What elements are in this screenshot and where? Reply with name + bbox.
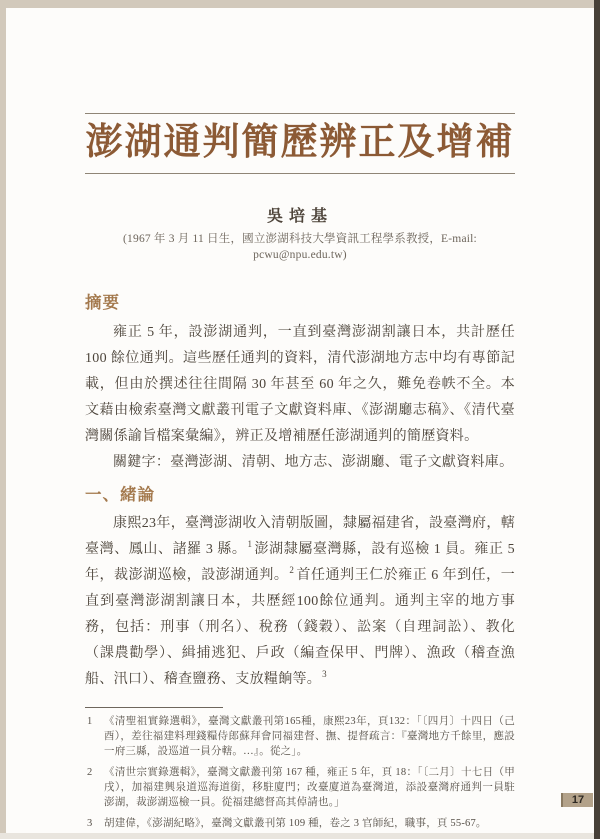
page-number-tab: 17 [561,793,593,807]
footnote-number: 2 [87,765,92,780]
author-affiliation: (1967 年 3 月 11 日生，國立澎湖科技大學資訊工程學系教授，E-mai… [85,231,515,263]
section-1-heading: 一、緒論 [85,485,515,505]
abstract-body: 雍正 5 年，設澎湖通判，一直到臺灣澎湖割讓日本，共計歷任 100 餘位通判。這… [85,320,515,450]
article-title: 澎湖通判簡歷辨正及增補 [85,120,515,166]
scan-edge-bottom [0,833,594,839]
footnote-separator [85,707,223,708]
footnote-text: 《清世宗實錄選輯》，臺灣文獻叢刊第 167 種，雍正 5 年，頁 18：「〔二月… [104,767,515,808]
footnote-ref-1: 1 [247,539,252,549]
footnote-text: 《清聖祖實錄選輯》，臺灣文獻叢刊第165種，康熙23年，頁132：「〔四月〕十四… [104,716,515,757]
author-name: 吳培基 [85,207,515,227]
title-rule-top [85,113,515,114]
footnote-item: 2 《清世宗實錄選輯》，臺灣文獻叢刊第 167 種，雍正 5 年，頁 18：「〔… [85,765,515,810]
abstract-heading: 摘要 [85,293,515,313]
scan-edge-right [594,0,600,839]
article-content: 澎湖通判簡歷辨正及增補 吳培基 (1967 年 3 月 11 日生，國立澎湖科技… [85,113,515,831]
section-1-paragraph: 康熙23年，臺灣澎湖收入清朝版圖，隸屬福建省，設臺灣府，轄臺灣、鳳山、諸羅 3 … [85,511,515,693]
footnotes-block: 1 《清聖祖實錄選輯》，臺灣文獻叢刊第165種，康熙23年，頁132：「〔四月〕… [85,707,515,831]
footnote-number: 1 [87,714,92,729]
footnote-number: 3 [87,816,92,831]
abstract-keywords: 關鍵字：臺灣澎湖、清朝、地方志、澎湖廳、電子文獻資料庫。 [85,450,515,476]
document-sheet: 澎湖通判簡歷辨正及增補 吳培基 (1967 年 3 月 11 日生，國立澎湖科技… [6,8,594,833]
footnote-ref-2: 2 [289,565,294,575]
paragraph-segment: 首任通判王仁於雍正 6 年到任，一直到臺灣澎湖割讓日本，共歷經100餘位通判。通… [85,568,515,687]
footnote-item: 3 胡建偉，《澎湖紀略》，臺灣文獻叢刊第 109 種，卷之 3 官師紀，職事，頁… [85,816,515,831]
scanned-page: 澎湖通判簡歷辨正及增補 吳培基 (1967 年 3 月 11 日生，國立澎湖科技… [0,0,600,839]
title-rule-bottom [85,173,515,174]
footnote-text: 胡建偉，《澎湖紀略》，臺灣文獻叢刊第 109 種，卷之 3 官師紀，職事，頁 5… [104,818,487,829]
footnote-item: 1 《清聖祖實錄選輯》，臺灣文獻叢刊第165種，康熙23年，頁132：「〔四月〕… [85,714,515,759]
footnote-ref-3: 3 [322,669,327,679]
